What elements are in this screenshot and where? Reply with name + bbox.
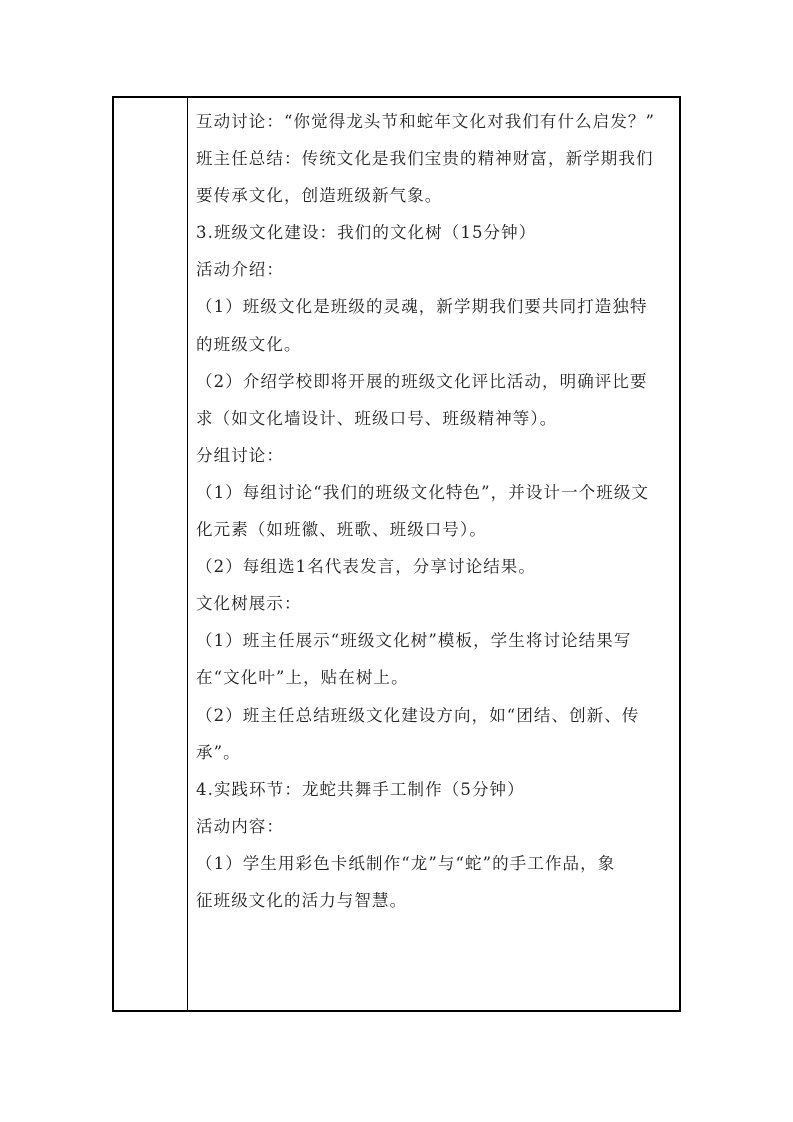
text-line-intro-2-cont: 求（如文化墙设计、班级口号、班级精神等）。 [196, 400, 673, 437]
subheading-group-discussion: 分组讨论： [196, 437, 673, 474]
section-heading-class-culture: 3.班级文化建设：我们的文化树（15分钟） [196, 214, 673, 251]
text-line-tree-1: （1）班主任展示“班级文化树”模板，学生将讨论结果写 [196, 622, 673, 659]
text-line-group-2: （2）每组选1名代表发言，分享讨论结果。 [196, 548, 673, 585]
text-line-tree-2-cont: 承”。 [196, 734, 673, 771]
text-line-tree-2: （2）班主任总结班级文化建设方向，如“团结、创新、传 [196, 697, 673, 734]
text-line-tree-1-cont: 在“文化叶”上，贴在树上。 [196, 659, 673, 696]
text-line-teacher-summary: 班主任总结：传统文化是我们宝贵的精神财富，新学期我们 [196, 140, 673, 177]
text-line-craft-1-cont: 征班级文化的活力与智慧。 [196, 882, 673, 919]
text-line-discussion-question: 互动讨论：“你觉得龙头节和蛇年文化对我们有什么启发？” [196, 103, 673, 140]
subheading-activity-content: 活动内容： [196, 808, 673, 845]
subheading-activity-intro: 活动介绍： [196, 251, 673, 288]
text-line-group-1: （1）每组讨论“我们的班级文化特色”，并设计一个班级文 [196, 474, 673, 511]
section-heading-practice: 4.实践环节：龙蛇共舞手工制作（5分钟） [196, 771, 673, 808]
text-line-intro-1: （1）班级文化是班级的灵魂，新学期我们要共同打造独特 [196, 288, 673, 325]
subheading-culture-tree: 文化树展示： [196, 585, 673, 622]
document-page: 互动讨论：“你觉得龙头节和蛇年文化对我们有什么启发？” 班主任总结：传统文化是我… [0, 0, 793, 1122]
table-left-column-empty [114, 98, 188, 1010]
text-line-intro-2: （2）介绍学校即将开展的班级文化评比活动，明确评比要 [196, 363, 673, 400]
text-line-teacher-summary-cont: 要传承文化，创造班级新气象。 [196, 177, 673, 214]
text-line-intro-1-cont: 的班级文化。 [196, 326, 673, 363]
text-line-craft-1: （1）学生用彩色卡纸制作“龙”与“蛇”的手工作品，象 [196, 845, 673, 882]
table-content-cell: 互动讨论：“你觉得龙头节和蛇年文化对我们有什么启发？” 班主任总结：传统文化是我… [188, 98, 679, 1010]
lesson-plan-table: 互动讨论：“你觉得龙头节和蛇年文化对我们有什么启发？” 班主任总结：传统文化是我… [112, 96, 681, 1012]
text-line-group-1-cont: 化元素（如班徽、班歌、班级口号）。 [196, 511, 673, 548]
